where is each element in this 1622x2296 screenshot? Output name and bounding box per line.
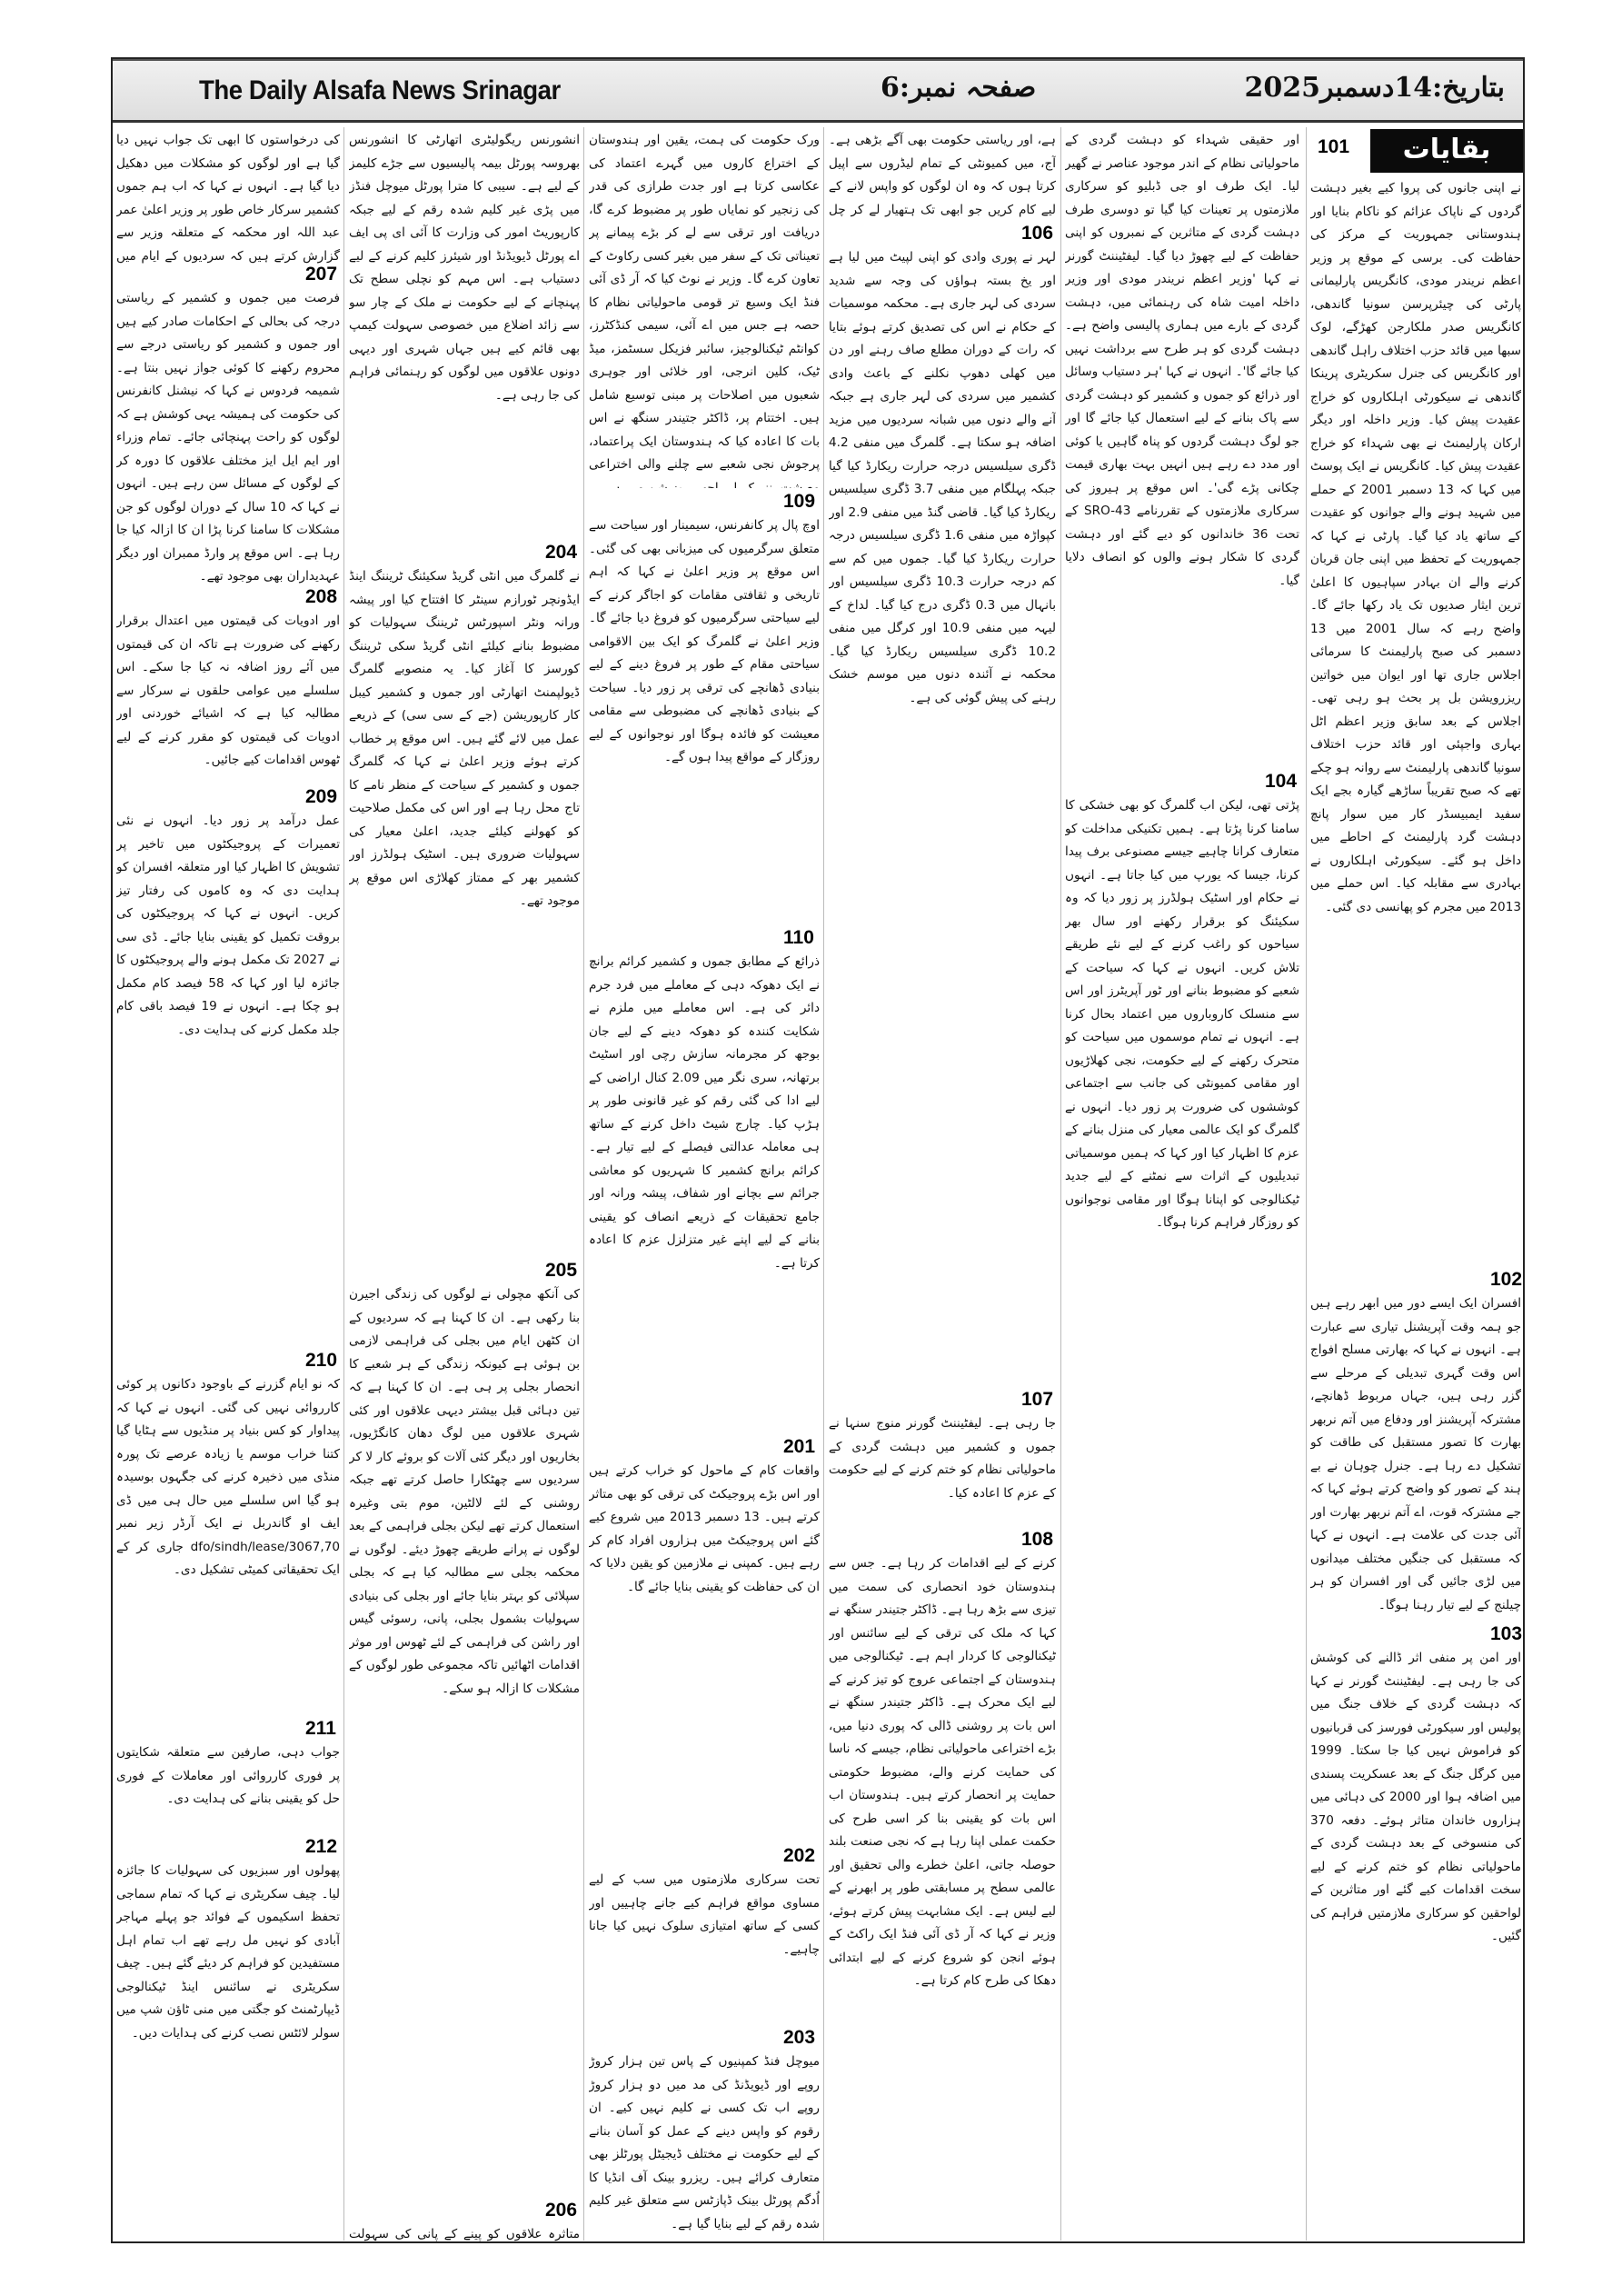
section-number: 211 xyxy=(305,1718,336,1740)
article-paragraph: ذرائع کے مطابق جموں و کشمیر کرائم برانچ … xyxy=(589,951,820,1437)
article-paragraph: اور حقیقی شہداء کو دہشت گردی کے ماحولیات… xyxy=(1065,129,1299,765)
article-paragraph: لہر نے پوری وادی کو اپنی لپیٹ میں لیا ہے… xyxy=(829,246,1056,1387)
article-paragraph: نے اپنی جانوں کی پروا کیے بغیر دہشت گردو… xyxy=(1310,177,1521,1268)
section-number: 106 xyxy=(1021,223,1053,245)
article-paragraph: اوچ پال پر کانفرنس، سیمینار اور سیاحت سے… xyxy=(589,514,820,928)
section-number: 110 xyxy=(783,927,814,949)
masthead-rule xyxy=(113,59,1523,61)
article-paragraph: اور ادویات کی قیمتوں میں اعتدال برقرار ر… xyxy=(116,610,340,787)
article-paragraph: کی آنکھ مچولی نے لوگوں کی زندگی اجیرن بن… xyxy=(349,1283,580,2201)
column-divider xyxy=(1060,127,1061,2241)
article-paragraph: نے گلمرگ میں انٹی گریڈ سکیئنگ ٹریننگ این… xyxy=(349,565,580,1261)
section-number: 204 xyxy=(545,542,577,564)
page-number: صفحہ نمبر:6 xyxy=(881,72,1036,104)
article-paragraph: اور امن پر منفی اثر ڈالنے کی کوشش کی جا … xyxy=(1310,1647,1521,2238)
article-paragraph: کہ نو ایام گزرنے کے باوجود دکانوں پر کوئ… xyxy=(116,1373,340,1719)
article-paragraph: تحت سرکاری ملازمتوں میں سب کے لیے مساوی … xyxy=(589,1869,820,2028)
article-paragraph: پڑتی تھی، لیکن اب گلمرگ کو بھی خشکی کا س… xyxy=(1065,794,1299,2238)
section-number: 207 xyxy=(305,264,337,285)
section-number: 104 xyxy=(1265,771,1297,793)
section-number: 202 xyxy=(783,1845,815,1867)
section-number: 212 xyxy=(305,1836,337,1858)
issue-date: بتاریخ:14دسمبر2025 xyxy=(1244,72,1505,104)
section-number: 206 xyxy=(545,2200,577,2221)
column-divider xyxy=(1306,127,1307,2241)
baqiyat-section-header: بقایات xyxy=(1370,129,1523,173)
article-paragraph: جواب دہی، صارفین سے متعلقہ شکایتوں پر فو… xyxy=(116,1742,340,1832)
section-number: 108 xyxy=(1021,1529,1053,1551)
newspaper-title: The Daily Alsafa News Srinagar xyxy=(199,75,561,106)
article-paragraph: پھولوں اور سبزیوں کی سہولیات کا جائزہ لی… xyxy=(116,1860,340,2238)
article-paragraph: افسران ایک ایسے دور میں ابھر رہے ہیں جو … xyxy=(1310,1293,1521,1624)
article-paragraph: واقعات کام کے ماحول کو خراب کرتے ہیں اور… xyxy=(589,1460,820,1846)
masthead: The Daily Alsafa News Srinagar صفحہ نمبر… xyxy=(113,59,1523,123)
article-paragraph: کرنے کے لیے اقدامات کر رہا ہے۔ جس سے ہند… xyxy=(829,1552,1056,2238)
column-divider xyxy=(583,127,584,2241)
article-paragraph: متاثرہ علاقوں کو پینے کے پانی کی سہولت ف… xyxy=(349,2223,580,2241)
section-number: 103 xyxy=(1490,1623,1522,1645)
article-paragraph: میوچل فنڈ کمپنیوں کے پاس تین ہزار کروڑ ر… xyxy=(589,2051,820,2238)
section-number: 205 xyxy=(545,1260,577,1282)
section-number: 208 xyxy=(305,586,337,608)
section-number: 102 xyxy=(1490,1269,1522,1291)
article-paragraph: جا رہی ہے۔ لیفٹیننٹ گورنر منوج سنہا نے ج… xyxy=(829,1413,1056,1529)
section-number: 201 xyxy=(783,1436,815,1458)
section-number: 107 xyxy=(1021,1389,1053,1411)
article-paragraph: انشورنس ریگولیٹری اتھارٹی کا انشورنس بھر… xyxy=(349,129,580,543)
article-paragraph: فرصت میں جموں و کشمیر کے ریاستی درجہ کی … xyxy=(116,287,340,587)
section-number: 210 xyxy=(305,1350,337,1372)
section-number: 203 xyxy=(783,2027,815,2049)
section-number: 101 xyxy=(1318,136,1349,158)
column-divider xyxy=(823,127,824,2241)
article-paragraph: کی درخواستوں کا ابھی تک جواب نہیں دیا گی… xyxy=(116,129,340,265)
section-number: 109 xyxy=(783,491,815,513)
article-paragraph: ورک حکومت کی ہمت، یقین اور ہندوستان کے ا… xyxy=(589,129,820,488)
article-paragraph: ہے، اور ریاستی حکومت بھی آگے بڑھی ہے۔ آج… xyxy=(829,129,1056,225)
column-divider xyxy=(343,127,344,2241)
section-number: 209 xyxy=(305,786,337,808)
article-paragraph: عمل درآمد پر زور دیا۔ انہوں نے نئی تعمیر… xyxy=(116,810,340,1351)
